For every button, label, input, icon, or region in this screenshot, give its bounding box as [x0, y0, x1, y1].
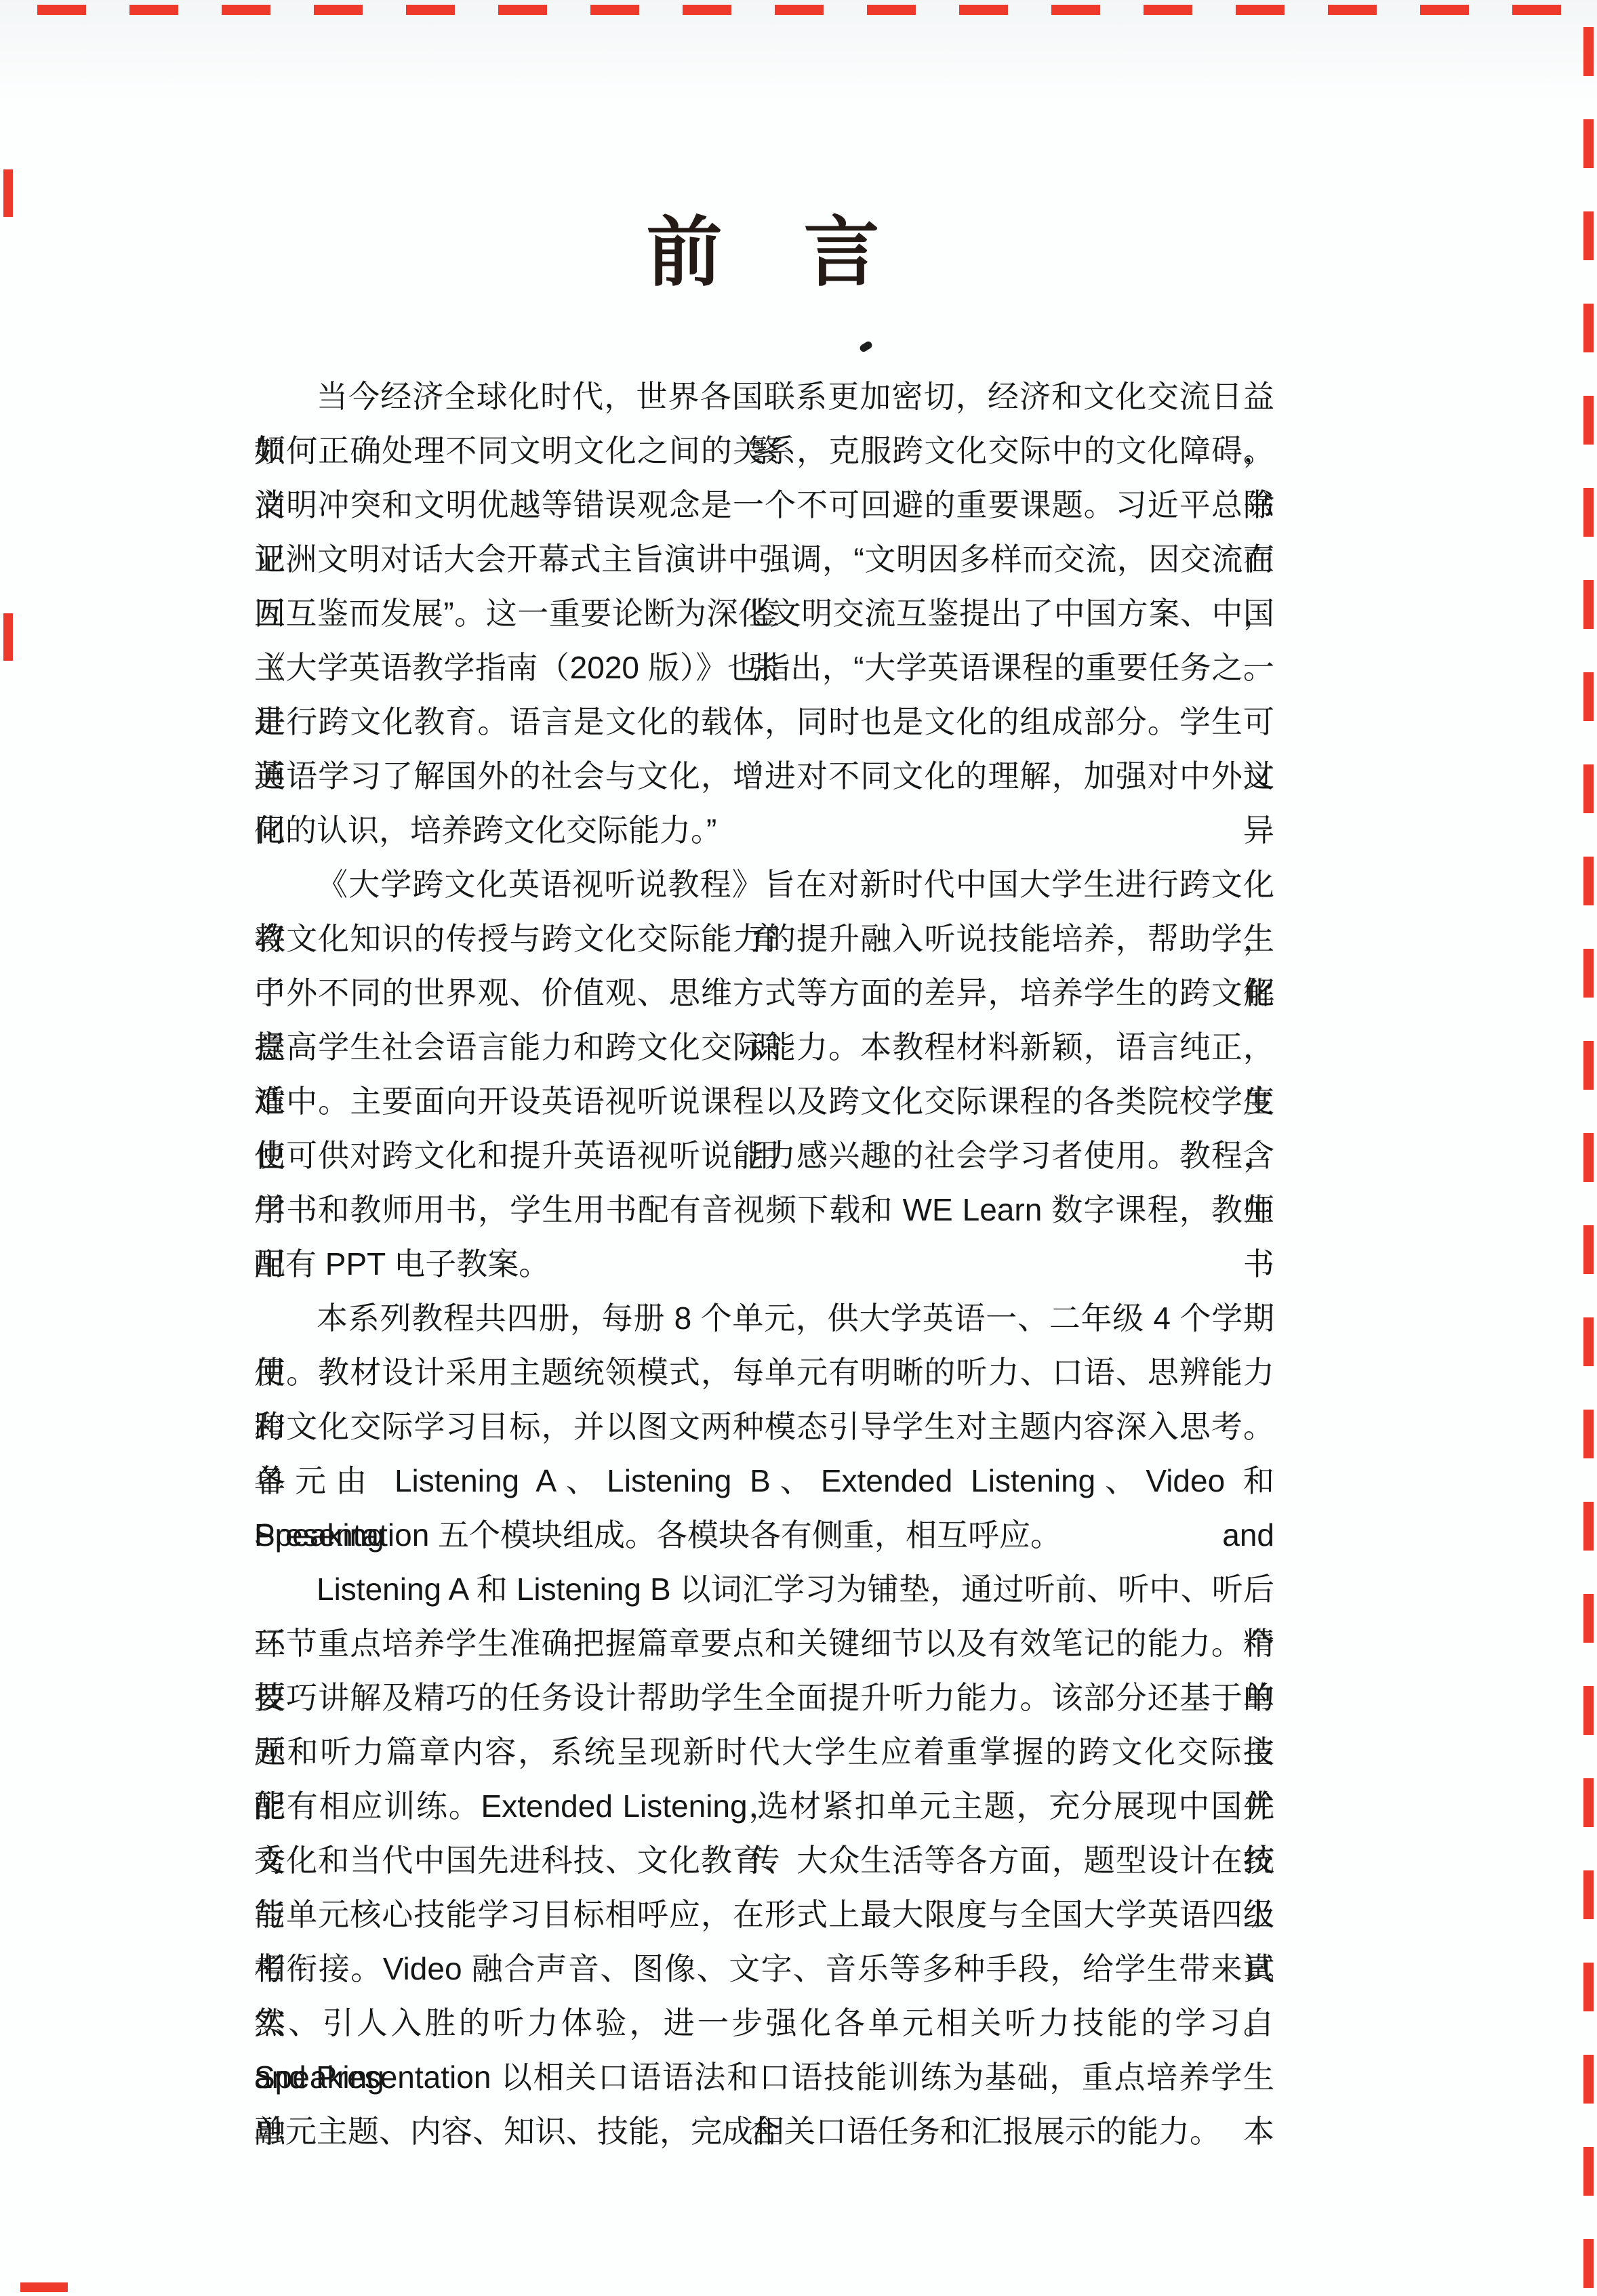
text-line: Listening A 和 Listening B 以词汇学习为铺垫，通过听前、… — [254, 1562, 1274, 1616]
preface-body: 当今经济全球化时代，世界各国联系更加密切，经济和文化交流日益频繁。如何正确处理不… — [254, 369, 1274, 2158]
scan-edge-mark-left — [3, 613, 13, 661]
text-line: 跨文化交际学习目标，并以图文两种模态引导学生对主题内容深入思考。各 — [254, 1399, 1274, 1454]
scanned-preface-page: 前 言 当今经济全球化时代，世界各国联系更加密切，经济和文化交流日益频繁。如何正… — [0, 0, 1597, 2296]
text-line: 单元主题、内容、知识、技能，完成相关口语任务和汇报展示的能力。 — [254, 2104, 1274, 2158]
text-line: 环节重点培养学生准确把握篇章要点和关键细节以及有效笔记的能力。精要的 — [254, 1616, 1274, 1670]
text-line: 用。教材设计采用主题统领模式，每单元有明晰的听力、口语、思辨能力和 — [254, 1345, 1274, 1399]
text-line: 与单元核心技能学习目标相呼应，在形式上最大限度与全国大学英语四级考试 — [254, 1887, 1274, 1942]
paragraph: Listening A 和 Listening B 以词汇学习为铺垫，通过听前、… — [254, 1562, 1274, 2158]
text-line: 然、引人入胜的听力体验，进一步强化各单元相关听力技能的学习。Speaking — [254, 1996, 1274, 2050]
text-line: 题和听力篇章内容，系统呈现新时代大学生应着重掌握的跨文化交际技能，并 — [254, 1725, 1274, 1779]
text-line: 适中。主要面向开设英语视听说课程以及跨文化交际课程的各类院校学生使用， — [254, 1074, 1274, 1128]
text-line: 亚洲文明对话大会开幕式主旨演讲中强调，“文明因多样而交流，因交流而互鉴， — [254, 532, 1274, 586]
scan-edge-mark-left — [3, 169, 13, 217]
text-line: 技巧讲解及精巧的任务设计帮助学生全面提升听力能力。该部分还基于单元主 — [254, 1670, 1274, 1725]
paragraph: 当今经济全球化时代，世界各国联系更加密切，经济和文化交流日益频繁。如何正确处理不… — [254, 369, 1274, 857]
text-line: 文化和当代中国先进科技、文化教育、大众生活等各方面，题型设计在技能上 — [254, 1833, 1274, 1887]
page-title: 前 言 — [254, 215, 1274, 291]
text-line: 单元由 Listening A、Listening B、Extended Lis… — [254, 1454, 1274, 1508]
text-line: and Presentation 以相关口语语法和口语技能训练为基础，重点培养学… — [254, 2050, 1274, 2104]
text-line: 用书和教师用书，学生用书配有音视频下载和 WE Learn 数字课程，教师用书 — [254, 1183, 1274, 1237]
scan-edge-mark-bottom — [20, 2282, 68, 2292]
text-line: 如何正确处理不同文明文化之间的关系，克服跨文化交际中的文化障碍，消除 — [254, 424, 1274, 478]
paragraph: 本系列教程共四册，每册 8 个单元，供大学英语一、二年级 4 个学期使用。教材设… — [254, 1291, 1274, 1562]
paragraph: 《大学跨文化英语视听说教程》旨在对新时代中国大学生进行跨文化教育，将文化知识的传… — [254, 857, 1274, 1291]
text-line: 《大学英语教学指南（2020 版）》也指出，“大学英语课程的重要任务之一是 — [254, 640, 1274, 695]
text-line: 也可供对跨文化和提升英语视听说能力感兴趣的社会学习者使用。教程含学生 — [254, 1128, 1274, 1183]
text-line: 文明冲突和文明优越等错误观念是一个不可回避的重要课题。习近平总书记在 — [254, 478, 1274, 532]
text-line: 因互鉴而发展”。这一重要论断为深化文明交流互鉴提出了中国方案、中国主张。 — [254, 586, 1274, 640]
text-line: 将文化知识的传授与跨文化交际能力的提升融入听说技能培养，帮助学生了解 — [254, 911, 1274, 966]
text-line: 中外不同的世界观、价值观、思维方式等方面的差异，培养学生的跨文化意识， — [254, 966, 1274, 1020]
ink-speck-artifact — [859, 340, 874, 353]
text-line: 相衔接。Video 融合声音、图像、文字、音乐等多种手段，给学生带来真实自 — [254, 1942, 1274, 1996]
text-line: 配有相应训练。Extended Listening 选材紧扣单元主题，充分展现中… — [254, 1779, 1274, 1833]
text-line: 当今经济全球化时代，世界各国联系更加密切，经济和文化交流日益频繁。 — [254, 369, 1274, 424]
text-line: 《大学跨文化英语视听说教程》旨在对新时代中国大学生进行跨文化教育， — [254, 857, 1274, 911]
text-line: 提高学生社会语言能力和跨文化交际能力。本教程材料新颖，语言纯正，难度 — [254, 1020, 1274, 1074]
text-line: 进行跨文化教育。语言是文化的载体，同时也是文化的组成部分。学生可通过 — [254, 695, 1274, 749]
text-line: 英语学习了解国外的社会与文化，增进对不同文化的理解，加强对中外文化异 — [254, 749, 1274, 803]
scan-edge-mark-top — [37, 5, 1597, 15]
scan-edge-mark-right — [1583, 27, 1594, 2296]
text-line: 本系列教程共四册，每册 8 个单元，供大学英语一、二年级 4 个学期使 — [254, 1291, 1274, 1345]
